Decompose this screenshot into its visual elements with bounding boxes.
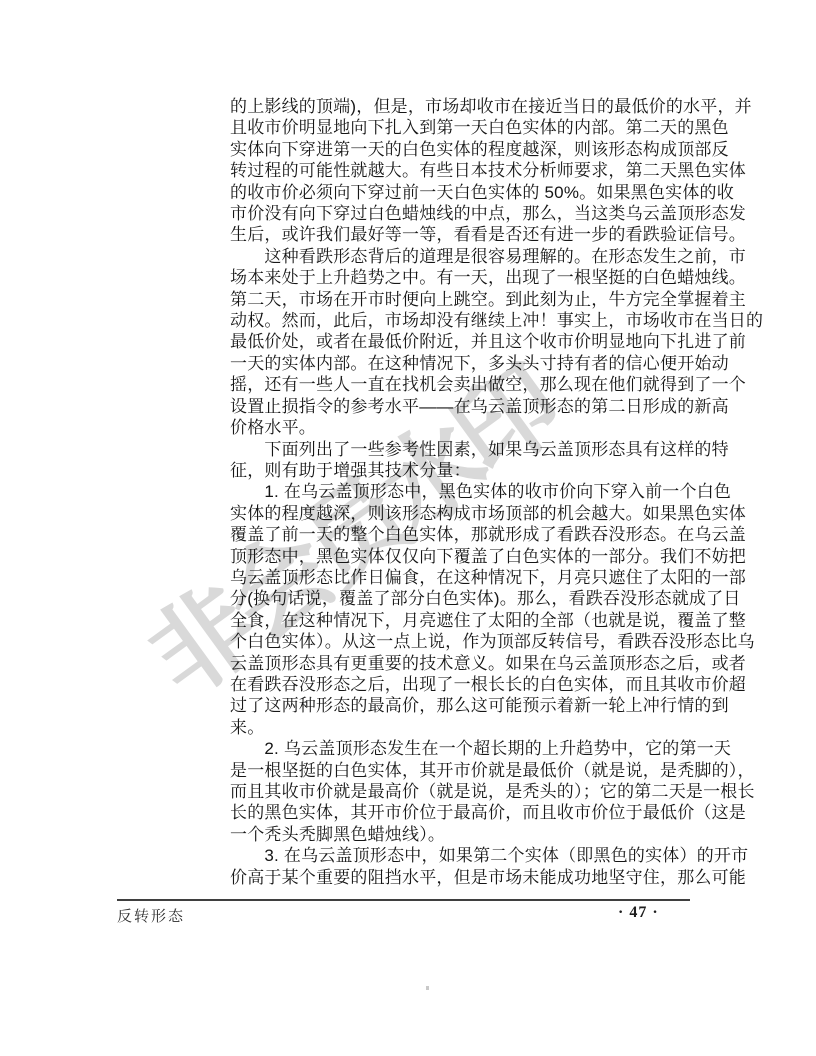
text-line: 来。: [230, 717, 696, 738]
footer-page-number: · 47 ·: [618, 904, 659, 922]
footer-section-title: 反转形态: [117, 905, 185, 926]
text-line: 价高于某个重要的阻挡水平，但是市场未能成功地坚守住，那么可能: [230, 867, 696, 888]
text-line: 是一根坚挺的白色实体，其开市价就是最低价（就是说，是秃脚的），: [230, 760, 696, 781]
footer-divider: [117, 899, 690, 901]
text-line: 覆盖了前一天的整个白色实体，那就形成了看跌吞没形态。在乌云盖: [230, 524, 696, 545]
text-line: 这种看跌形态背后的道理是很容易理解的。在形态发生之前，市: [230, 246, 696, 267]
text-line: 在看跌吞没形态之后，出现了一根长长的白色实体，而且其收市价超: [230, 674, 696, 695]
text-line: 且收市价明显地向下扎入到第一天白色实体的内部。第二天的黑色: [230, 117, 696, 138]
text-line: 第二天，市场在开市时便向上跳空。到此刻为止，牛方完全掌握着主: [230, 289, 696, 310]
text-line: 而且其收市价就是最高价（就是说，是秃头的）；它的第二天是一根长: [230, 781, 696, 802]
text-line: 转过程的可能性就越大。有些日本技术分析师要求，第二天黑色实体: [230, 160, 696, 181]
text-line: 场本来处于上升趋势之中。有一天，出现了一根坚挺的白色蜡烛线。: [230, 267, 696, 288]
text-line: 个白色实体）。从这一点上说，作为顶部反转信号，看跌吞没形态比乌: [230, 631, 696, 652]
text-line: 一个秃头秃脚黑色蜡烛线）。: [230, 824, 696, 845]
text-line: 设置止损指令的参考水平——在乌云盖顶形态的第二日形成的新高: [230, 396, 696, 417]
text-line: 动权。然而，此后，市场却没有继续上冲！事实上，市场收市在当日的: [230, 310, 696, 331]
text-line: 实体的程度越深，则该形态构成市场顶部的机会越大。如果黑色实体: [230, 503, 696, 524]
text-line: 一天的实体内部。在这种情况下，多头头寸持有者的信心便开始动: [230, 353, 696, 374]
body-text: 的上影线的顶端)，但是，市场却收市在接近当日的最低价的水平，并且收市价明显地向下…: [230, 96, 696, 888]
text-line: 3. 在乌云盖顶形态中，如果第二个实体（即黑色的实体）的开市: [230, 845, 696, 866]
text-line: 价格水平。: [230, 417, 696, 438]
text-line: 云盖顶形态具有更重要的技术意义。如果在乌云盖顶形态之后，或者: [230, 653, 696, 674]
text-line: 乌云盖顶形态比作日偏食，在这种情况下，月亮只遮住了太阳的一部: [230, 567, 696, 588]
text-line: 顶形态中，黑色实体仅仅向下覆盖了白色实体的一部分。我们不妨把: [230, 546, 696, 567]
text-line: 生后，或许我们最好等一等，看看是否还有进一步的看跌验证信号。: [230, 224, 696, 245]
scanned-book-page: 非会员水印 的上影线的顶端)，但是，市场却收市在接近当日的最低价的水平，并且收市…: [0, 0, 816, 1056]
text-line: 长的黑色实体，其开市价位于最高价，而且收市价位于最低价（这是: [230, 802, 696, 823]
text-line: 2. 乌云盖顶形态发生在一个超长期的上升趋势中，它的第一天: [230, 738, 696, 759]
text-line: 过了这两种形态的最高价，那么这可能预示着新一轮上冲行情的到: [230, 695, 696, 716]
text-line: 下面列出了一些参考性因素，如果乌云盖顶形态具有这样的特: [230, 439, 696, 460]
text-line: 1. 在乌云盖顶形态中，黑色实体的收市价向下穿入前一个白色: [230, 481, 696, 502]
text-line: 分(换句话说，覆盖了部分白色实体)。那么，看跌吞没形态就成了日: [230, 588, 696, 609]
text-line: 的收市价必须向下穿过前一天白色实体的 50%。如果黑色实体的收: [230, 182, 696, 203]
scan-speck: [426, 986, 429, 990]
text-line: 的上影线的顶端)，但是，市场却收市在接近当日的最低价的水平，并: [230, 96, 696, 117]
text-line: 摇，还有一些人一直在找机会卖出做空，那么现在他们就得到了一个: [230, 374, 696, 395]
text-line: 征，则有助于增强其技术分量：: [230, 460, 696, 481]
text-line: 实体向下穿进第一天的白色实体的程度越深，则该形态构成顶部反: [230, 139, 696, 160]
text-line: 市价没有向下穿过白色蜡烛线的中点，那么，当这类乌云盖顶形态发: [230, 203, 696, 224]
text-line: 全食，在这种情况下，月亮遮住了太阳的全部（也就是说，覆盖了整: [230, 610, 696, 631]
text-line: 最低价处，或者在最低价附近，并且这个收市价明显地向下扎进了前: [230, 331, 696, 352]
